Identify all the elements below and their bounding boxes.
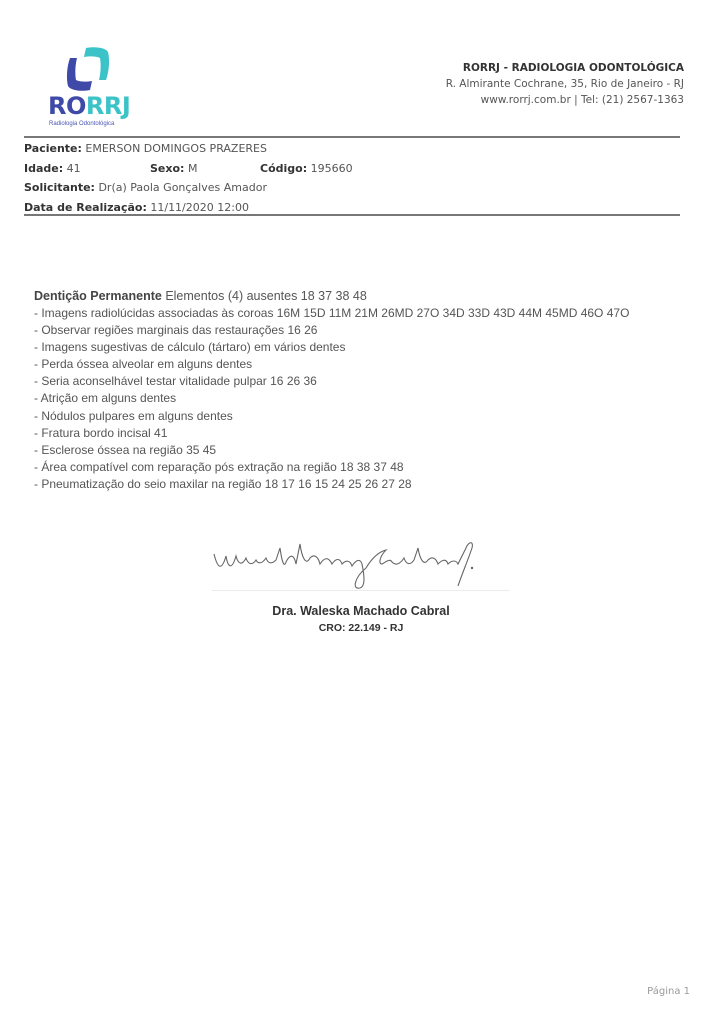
finding-item: - Pneumatização do seio maxilar na regiã… bbox=[34, 476, 629, 493]
code-field: Código: 195660 bbox=[260, 159, 353, 179]
sex-label: Sexo bbox=[150, 162, 180, 175]
sex-value: M bbox=[188, 162, 198, 175]
report-findings: Dentição Permanente Elementos (4) ausent… bbox=[34, 287, 629, 493]
report-heading-title: Dentição Permanente bbox=[34, 289, 162, 303]
age-value: 41 bbox=[67, 162, 81, 175]
finding-item: - Imagens sugestivas de cálculo (tártaro… bbox=[34, 339, 629, 356]
finding-item: - Atrição em alguns dentes bbox=[34, 390, 629, 407]
label-colon: : bbox=[59, 162, 63, 175]
report-heading-detail: Elementos (4) ausentes 18 37 38 48 bbox=[165, 289, 367, 303]
signature-line bbox=[212, 590, 510, 591]
age-label: Idade bbox=[24, 162, 59, 175]
page-number: Página 1 bbox=[647, 986, 690, 997]
requester-value: Dr(a) Paola Gonçalves Amador bbox=[98, 181, 267, 194]
age-field: Idade: 41 bbox=[24, 162, 81, 175]
label-colon: : bbox=[142, 201, 146, 214]
finding-item: - Seria aconselhável testar vitalidade p… bbox=[34, 373, 629, 390]
requester-label: Solicitante bbox=[24, 181, 91, 194]
sex-field: Sexo: M bbox=[150, 159, 197, 179]
logo-subtitle: Radiologia Odontológica bbox=[49, 121, 114, 127]
finding-item: - Nódulos pulpares em alguns dentes bbox=[34, 408, 629, 425]
label-colon: : bbox=[303, 162, 307, 175]
handwritten-signature-icon bbox=[210, 534, 510, 594]
label-colon: : bbox=[78, 142, 82, 155]
finding-item: - Observar regiões marginais das restaur… bbox=[34, 322, 629, 339]
patient-name-row: Paciente: EMERSON DOMINGOS PRAZERES bbox=[24, 139, 684, 159]
label-colon: : bbox=[91, 181, 95, 194]
clinic-logo: RORRJ Radiologia Odontológica bbox=[46, 44, 146, 134]
finding-item: - Imagens radiolúcidas associadas às cor… bbox=[34, 305, 629, 322]
date-label: Data de Realização bbox=[24, 201, 142, 214]
doctor-cro: CRO: 22.149 - RJ bbox=[212, 619, 510, 637]
patient-details-row: Idade: 41 Sexo: M Código: 195660 bbox=[24, 159, 684, 179]
clinic-contact: www.rorrj.com.br | Tel: (21) 2567-1363 bbox=[446, 92, 684, 108]
rorrj-logo-mark-icon bbox=[66, 46, 110, 92]
clinic-name: RORRJ - RADIOLOGIA ODONTOLÓGICA bbox=[446, 60, 684, 76]
patient-info: Paciente: EMERSON DOMINGOS PRAZERES Idad… bbox=[24, 139, 684, 217]
clinic-info: RORRJ - RADIOLOGIA ODONTOLÓGICA R. Almir… bbox=[446, 60, 684, 108]
label-colon: : bbox=[180, 162, 184, 175]
doctor-name: Dra. Waleska Machado Cabral bbox=[212, 603, 510, 619]
doctor-block: Dra. Waleska Machado Cabral CRO: 22.149 … bbox=[212, 603, 510, 637]
patient-divider bbox=[24, 214, 680, 216]
clinic-address: R. Almirante Cochrane, 35, Rio de Janeir… bbox=[446, 76, 684, 92]
code-value: 195660 bbox=[311, 162, 353, 175]
code-label: Código bbox=[260, 162, 303, 175]
requester-row: Solicitante: Dr(a) Paola Gonçalves Amado… bbox=[24, 178, 684, 198]
finding-item: - Área compatível com reparação pós extr… bbox=[34, 459, 629, 476]
finding-item: - Perda óssea alveolar em alguns dentes bbox=[34, 356, 629, 373]
logo-wordmark: RORRJ bbox=[48, 94, 130, 118]
patient-name: EMERSON DOMINGOS PRAZERES bbox=[85, 142, 267, 155]
date-value: 11/11/2020 12:00 bbox=[150, 201, 249, 214]
finding-item: - Fratura bordo incisal 41 bbox=[34, 425, 629, 442]
header-divider bbox=[24, 136, 680, 138]
finding-item: - Esclerose óssea na região 35 45 bbox=[34, 442, 629, 459]
report-heading: Dentição Permanente Elementos (4) ausent… bbox=[34, 287, 629, 305]
patient-name-label: Paciente bbox=[24, 142, 78, 155]
